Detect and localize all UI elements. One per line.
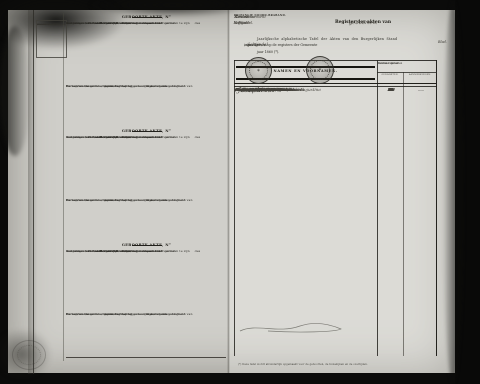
numbers-header-line: van het register. [378, 62, 399, 66]
table-right-border [436, 60, 437, 356]
seal-stamp-icon: ✶ [306, 56, 334, 84]
gemeente-entry: Gemeente Schijndel. [233, 14, 255, 27]
form-boilerplate-line: En hebben na gedane voorlezing het tegen… [66, 312, 186, 317]
intro-line-1: Jaarlijksche alphabetische Tafel der Akt… [257, 37, 439, 41]
entry-act-number: 97 [378, 87, 405, 92]
form-margin-note-box: MODEL A. GEBOORTE-AKTE omschreven bij ar… [36, 20, 67, 58]
scan-mottle-right [443, 0, 463, 384]
subcolumn-header-aanmerkingen: AANMERKINGEN. [403, 74, 437, 76]
form-boilerplate-line: En hebben na gedane voorlezing het tegen… [66, 84, 186, 89]
blad-label: Blad. [438, 40, 447, 44]
form-header: GEBOORTE AKTE, N° [66, 128, 227, 134]
faint-stamp-icon [12, 340, 46, 370]
margin-note-line: (Staatsblad n°. 40.) [37, 23, 62, 26]
intro-line-2-post: , voor het [244, 43, 260, 47]
forms-layer: GEBOORTE AKTE, N° Ten jare duizend acht … [66, 0, 227, 384]
form-header: GEBOORTE AKTE, N° [66, 14, 227, 20]
page-fold-seam [227, 9, 230, 375]
closing-flourish [238, 320, 344, 335]
form-boilerplate-line: den dezer, des ten ure [66, 135, 152, 140]
header-double-rule-top [234, 83, 437, 84]
numbers-header-rule [377, 72, 437, 73]
birth-act-form: GEBOORTE AKTE, N° Ten jare duizend acht … [66, 128, 227, 240]
table-left-border [234, 60, 235, 356]
scanned-register-document: MODEL A. GEBOORTE-AKTE omschreven bij ar… [0, 0, 480, 384]
table-number-column-divider [377, 60, 378, 356]
seal-stamp-emblem: ✶ [310, 60, 330, 80]
scan-mottle-left [0, 26, 30, 156]
header-rule [132, 17, 162, 18]
form-boilerplate-line: den dezer, des ten ure [66, 249, 152, 254]
header-rule [132, 245, 162, 246]
form-boilerplate-line: En hebben na gedane voorlezing het tegen… [66, 198, 186, 203]
table-subcolumn-divider [403, 72, 404, 356]
form-boilerplate-line: den dezer, des ten ure [66, 21, 152, 26]
header-rule [132, 131, 162, 132]
subcolumn-header-geboorten: GEBOORTEN. [377, 74, 403, 76]
seal-stamp-emblem: ✶ [249, 61, 268, 80]
form-bottom-rule [66, 357, 226, 358]
register-title-handwritten: geboorten. [348, 20, 377, 26]
form-header: GEBOORTE AKTE, N° [66, 242, 227, 248]
entry-name-flourish: Josephina [237, 86, 272, 94]
birth-act-form: GEBOORTE AKTE, N° Ten jare duizend acht … [66, 242, 227, 354]
form-margin-rule [63, 13, 64, 361]
intro-line-3: jaar 1860 (*). [257, 50, 279, 54]
footnote: (*) Deze tafel wordt afzonderlijk opgema… [238, 363, 368, 366]
faint-stamp-ring [17, 345, 41, 365]
seal-stamp-icon: ✶ [245, 57, 272, 84]
left-page-fold-line [33, 10, 34, 374]
birth-act-form: GEBOORTE AKTE, N° Ten jare duizend acht … [66, 14, 227, 126]
